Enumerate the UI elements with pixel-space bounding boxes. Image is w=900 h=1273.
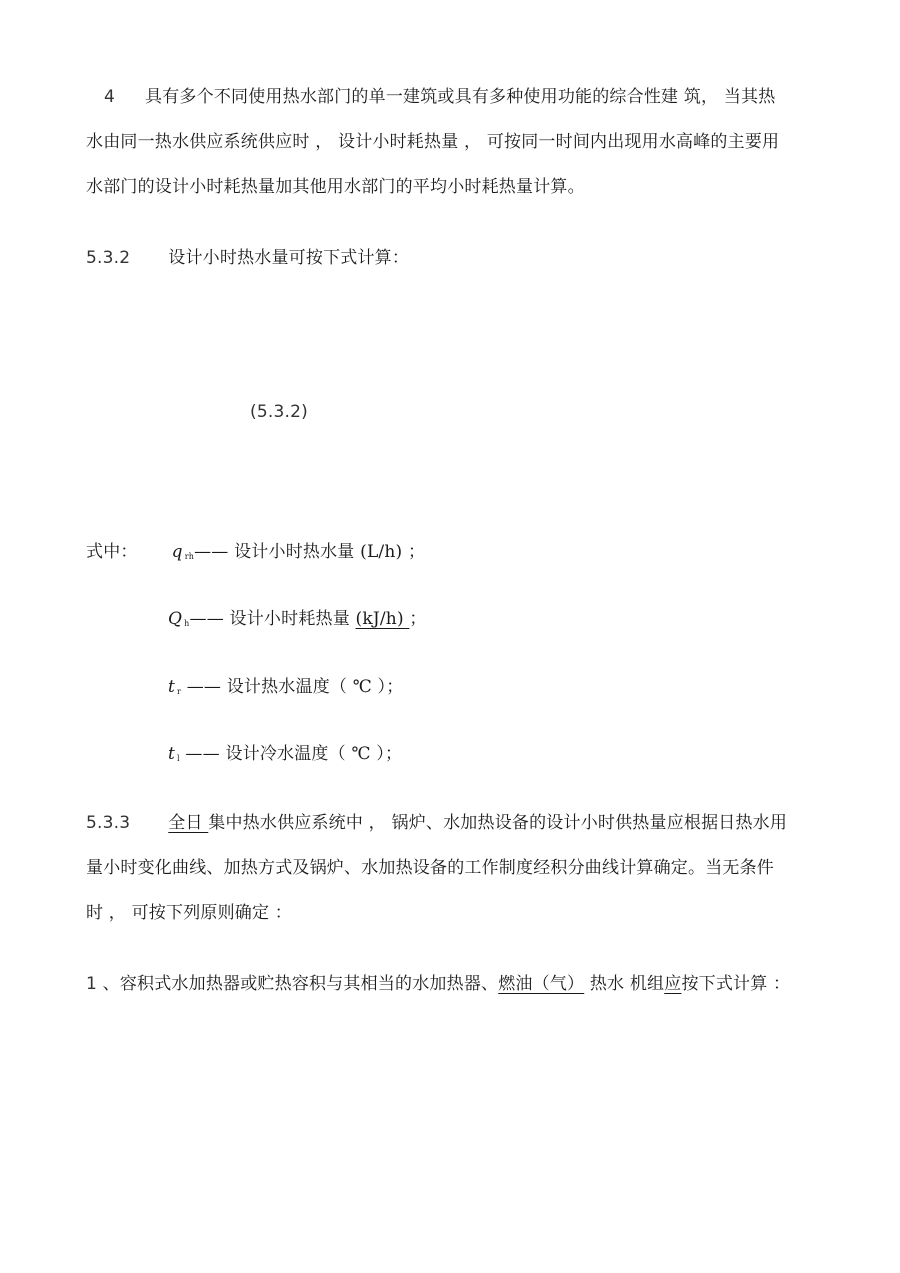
dash: —— <box>190 609 224 629</box>
symbol: t <box>168 677 175 697</box>
subscript: rh <box>185 552 194 561</box>
section-number: 5.3.2 <box>86 248 130 268</box>
symbol: q <box>172 542 183 562</box>
definition-text: 设计冷水温度（ ℃ ）； <box>225 744 402 764</box>
section-number: 5.3.3 <box>86 813 130 833</box>
definition-Q-h: Qh—— 设计小时耗热量 (kJ/h) ； <box>168 608 427 635</box>
definition-t-r: tr —— 设计热水温度（ ℃ ）； <box>168 676 403 703</box>
symbol: t <box>168 744 175 764</box>
underlined-term: 全日 <box>168 813 208 833</box>
item-text-end: 按下式计算 ： <box>681 974 790 994</box>
section-5-3-3-line-2: 量小时变化曲线、加热方式及锅炉、水加热设备的工作制度经积分曲线计算确定。当无条件 <box>86 857 774 879</box>
item-1: 1 、容积式水加热器或贮热容积与其相当的水加热器、燃油（气） 热水 机组应按下式… <box>86 973 790 995</box>
definition-q-rh: 式中：qrh—— 设计小时热水量 (L/h) ； <box>86 541 425 568</box>
unit-underlined: (kJ/h) <box>356 609 410 629</box>
section-title: 设计小时热水量可按下式计算： <box>168 248 409 268</box>
equation-label: (5.3.2) <box>250 401 308 423</box>
definition-text: 设计热水温度（ ℃ ）； <box>227 677 404 697</box>
underlined-term: 应 <box>664 974 681 994</box>
paragraph-number: 4 <box>104 87 115 107</box>
dash: —— <box>194 542 228 562</box>
definitions-intro: 式中： <box>86 542 138 562</box>
paragraph-4-line-2: 水由同一热水供应系统供应时 ， 设计小时耗热量 ， 可按同一时间内出现用水高峰的… <box>86 131 779 153</box>
paragraph-4-line-1: 4具有多个不同使用热水部门的单一建筑或具有多种使用功能的综合性建 筑， 当其热 <box>104 86 775 108</box>
section-5-3-3-line-3: 时 ， 可按下列原则确定 ： <box>86 902 292 924</box>
section-5-3-2-heading: 5.3.2设计小时热水量可按下式计算： <box>86 247 409 269</box>
definition-t-l: tl —— 设计冷水温度（ ℃ ）； <box>168 743 402 770</box>
symbol: Q <box>168 609 182 629</box>
underlined-term: 燃油（气） <box>498 974 584 994</box>
definition-text: 设计小时耗热量 <box>230 609 356 629</box>
paragraph-4-line-3: 水部门的设计小时耗热量加其他用水部门的平均小时耗热量计算。 <box>86 176 585 198</box>
section-text: 集中热水供应系统中 ， 锅炉、水加热设备的设计小时供热量应根据日热水用 <box>208 813 787 833</box>
definition-text: 设计小时热水量 (L/h) ； <box>234 542 425 562</box>
definition-end: ； <box>409 609 426 629</box>
subscript: r <box>177 687 181 696</box>
item-text-middle: 热水 机组 <box>584 974 664 994</box>
subscript: l <box>177 754 180 763</box>
item-number: 1 <box>86 974 97 994</box>
section-5-3-3-line-1: 5.3.3全日 集中热水供应系统中 ， 锅炉、水加热设备的设计小时供热量应根据日… <box>86 812 787 834</box>
item-text: 、容积式水加热器或贮热容积与其相当的水加热器、 <box>97 974 498 994</box>
dash: —— <box>187 677 221 697</box>
paragraph-text: 具有多个不同使用热水部门的单一建筑或具有多种使用功能的综合性建 筑， 当其热 <box>145 87 775 107</box>
dash: —— <box>185 744 219 764</box>
